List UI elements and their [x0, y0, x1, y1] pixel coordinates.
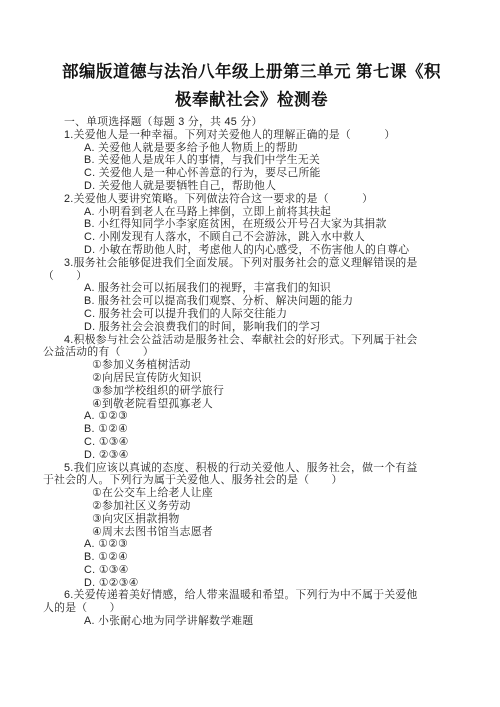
question-4-choice-3: C. ①③④: [43, 436, 460, 449]
question-block-5: 5.我们应该以真诚的态度、积极的行动关爱他人、服务社会，做一个有益于社会的人。下…: [43, 462, 460, 590]
question-4-choice-2: B. ①②④: [43, 423, 460, 436]
question-1-stem-line-1: 1.关爱他人是一种幸福。下列对关爱他人的理解正确的是（ ）: [43, 129, 460, 142]
question-2-stem-line-1: 2.关爱他人要讲究策略。下列做法符合这一要求的是（ ）: [43, 193, 460, 206]
question-block-1: 1.关爱他人是一种幸福。下列对关爱他人的理解正确的是（ ）A. 关爱他人就是要多…: [43, 129, 460, 193]
question-2-choice-2: B. 小红得知同学小李家庭贫困，在班级公开号召大家为其捐款: [43, 218, 460, 231]
question-5-stem-line-2: 于社会的人。下列行为属于关爱他人、服务社会的是（ ）: [43, 474, 460, 487]
question-4-stem-line-2: 公益活动的有（ ）: [43, 346, 460, 359]
question-1-choice-4: D. 关爱他人就是要牺牲自己，帮助他人: [43, 180, 460, 193]
section-header: 一、单项选择题（每题 3 分，共 45 分）: [43, 116, 460, 129]
question-3-stem-line-1: 3.服务社会能够促进我们全面发展。下列对服务社会的意义理解错误的是: [43, 257, 460, 270]
question-4-item-3: ③参加学校组织的研学旅行: [43, 385, 460, 398]
question-3-choice-2: B. 服务社会可以提高我们观察、分析、解决问题的能力: [43, 295, 460, 308]
question-2-choice-1: A. 小明看到老人在马路上摔倒，立即上前将其扶起: [43, 206, 460, 219]
page-title: 部编版道德与法治八年级上册第三单元 第七课《积 极奉献社会》检测卷: [43, 58, 460, 114]
question-5-choice-3: C. ①③④: [43, 564, 460, 577]
question-block-2: 2.关爱他人要讲究策略。下列做法符合这一要求的是（ ）A. 小明看到老人在马路上…: [43, 193, 460, 257]
question-5-choice-1: A. ①②③: [43, 538, 460, 551]
question-1-choice-2: B. 关爱他人是成年人的事情，与我们中学生无关: [43, 154, 460, 167]
question-5-item-3: ③向灾区捐款捐物: [43, 513, 460, 526]
question-5-choice-4: D. ①②③④: [43, 577, 460, 590]
page-title-line-2: 极奉献社会》检测卷: [43, 86, 460, 114]
question-6-stem-line-1: 6.关爱传递着美好情感，给人带来温暖和希望。下列行为中不属于关爱他: [43, 589, 460, 602]
question-3-choice-1: A. 服务社会可以拓展我们的视野，丰富我们的知识: [43, 282, 460, 295]
question-5-choice-2: B. ①②④: [43, 551, 460, 564]
question-1-choice-1: A. 关爱他人就是要多给予他人物质上的帮助: [43, 142, 460, 155]
question-4-choice-4: D. ②③④: [43, 449, 460, 462]
question-5-item-2: ②参加社区义务劳动: [43, 500, 460, 513]
question-4-stem-line-1: 4.积极参与社会公益活动是服务社会、奉献社会的好形式。下列属于社会: [43, 334, 460, 347]
question-3-choice-4: D. 服务社会会浪费我们的时间，影响我们的学习: [43, 321, 460, 334]
document-page: 部编版道德与法治八年级上册第三单元 第七课《积 极奉献社会》检测卷 一、单项选择…: [0, 0, 500, 707]
question-4-item-2: ②向居民宣传防火知识: [43, 372, 460, 385]
question-5-item-4: ④周末去图书馆当志愿者: [43, 526, 460, 539]
question-1-choice-3: C. 关爱他人是一种心怀善意的行为，要尽己所能: [43, 167, 460, 180]
question-4-choice-1: A. ①②③: [43, 410, 460, 423]
question-block-4: 4.积极参与社会公益活动是服务社会、奉献社会的好形式。下列属于社会公益活动的有（…: [43, 334, 460, 462]
question-6-stem-line-2: 人的是（ ）: [43, 602, 460, 615]
question-6-choice-1: A. 小张耐心地为同学讲解数学难题: [43, 615, 460, 628]
question-4-item-1: ①参加义务植树活动: [43, 359, 460, 372]
document-body: 一、单项选择题（每题 3 分，共 45 分） 1.关爱他人是一种幸福。下列对关爱…: [43, 116, 460, 628]
question-list: 1.关爱他人是一种幸福。下列对关爱他人的理解正确的是（ ）A. 关爱他人就是要多…: [43, 129, 460, 628]
question-3-stem-line-2: （ ）: [43, 270, 460, 283]
question-2-choice-4: D. 小敏在帮助他人时，考虑他人的内心感受，不伤害他人的自尊心: [43, 244, 460, 257]
page-title-line-1: 部编版道德与法治八年级上册第三单元 第七课《积: [43, 58, 460, 86]
question-4-item-4: ④到敬老院看望孤寡老人: [43, 398, 460, 411]
question-2-choice-3: C. 小刚发现有人落水，不顾自己不会游泳，跳入水中救人: [43, 231, 460, 244]
question-block-6: 6.关爱传递着美好情感，给人带来温暖和希望。下列行为中不属于关爱他人的是（ ）A…: [43, 589, 460, 627]
question-block-3: 3.服务社会能够促进我们全面发展。下列对服务社会的意义理解错误的是（ ）A. 服…: [43, 257, 460, 334]
question-5-stem-line-1: 5.我们应该以真诚的态度、积极的行动关爱他人、服务社会，做一个有益: [43, 462, 460, 475]
question-5-item-1: ①在公交车上给老人让座: [43, 487, 460, 500]
question-3-choice-3: C. 服务社会可以提升我们的人际交往能力: [43, 308, 460, 321]
